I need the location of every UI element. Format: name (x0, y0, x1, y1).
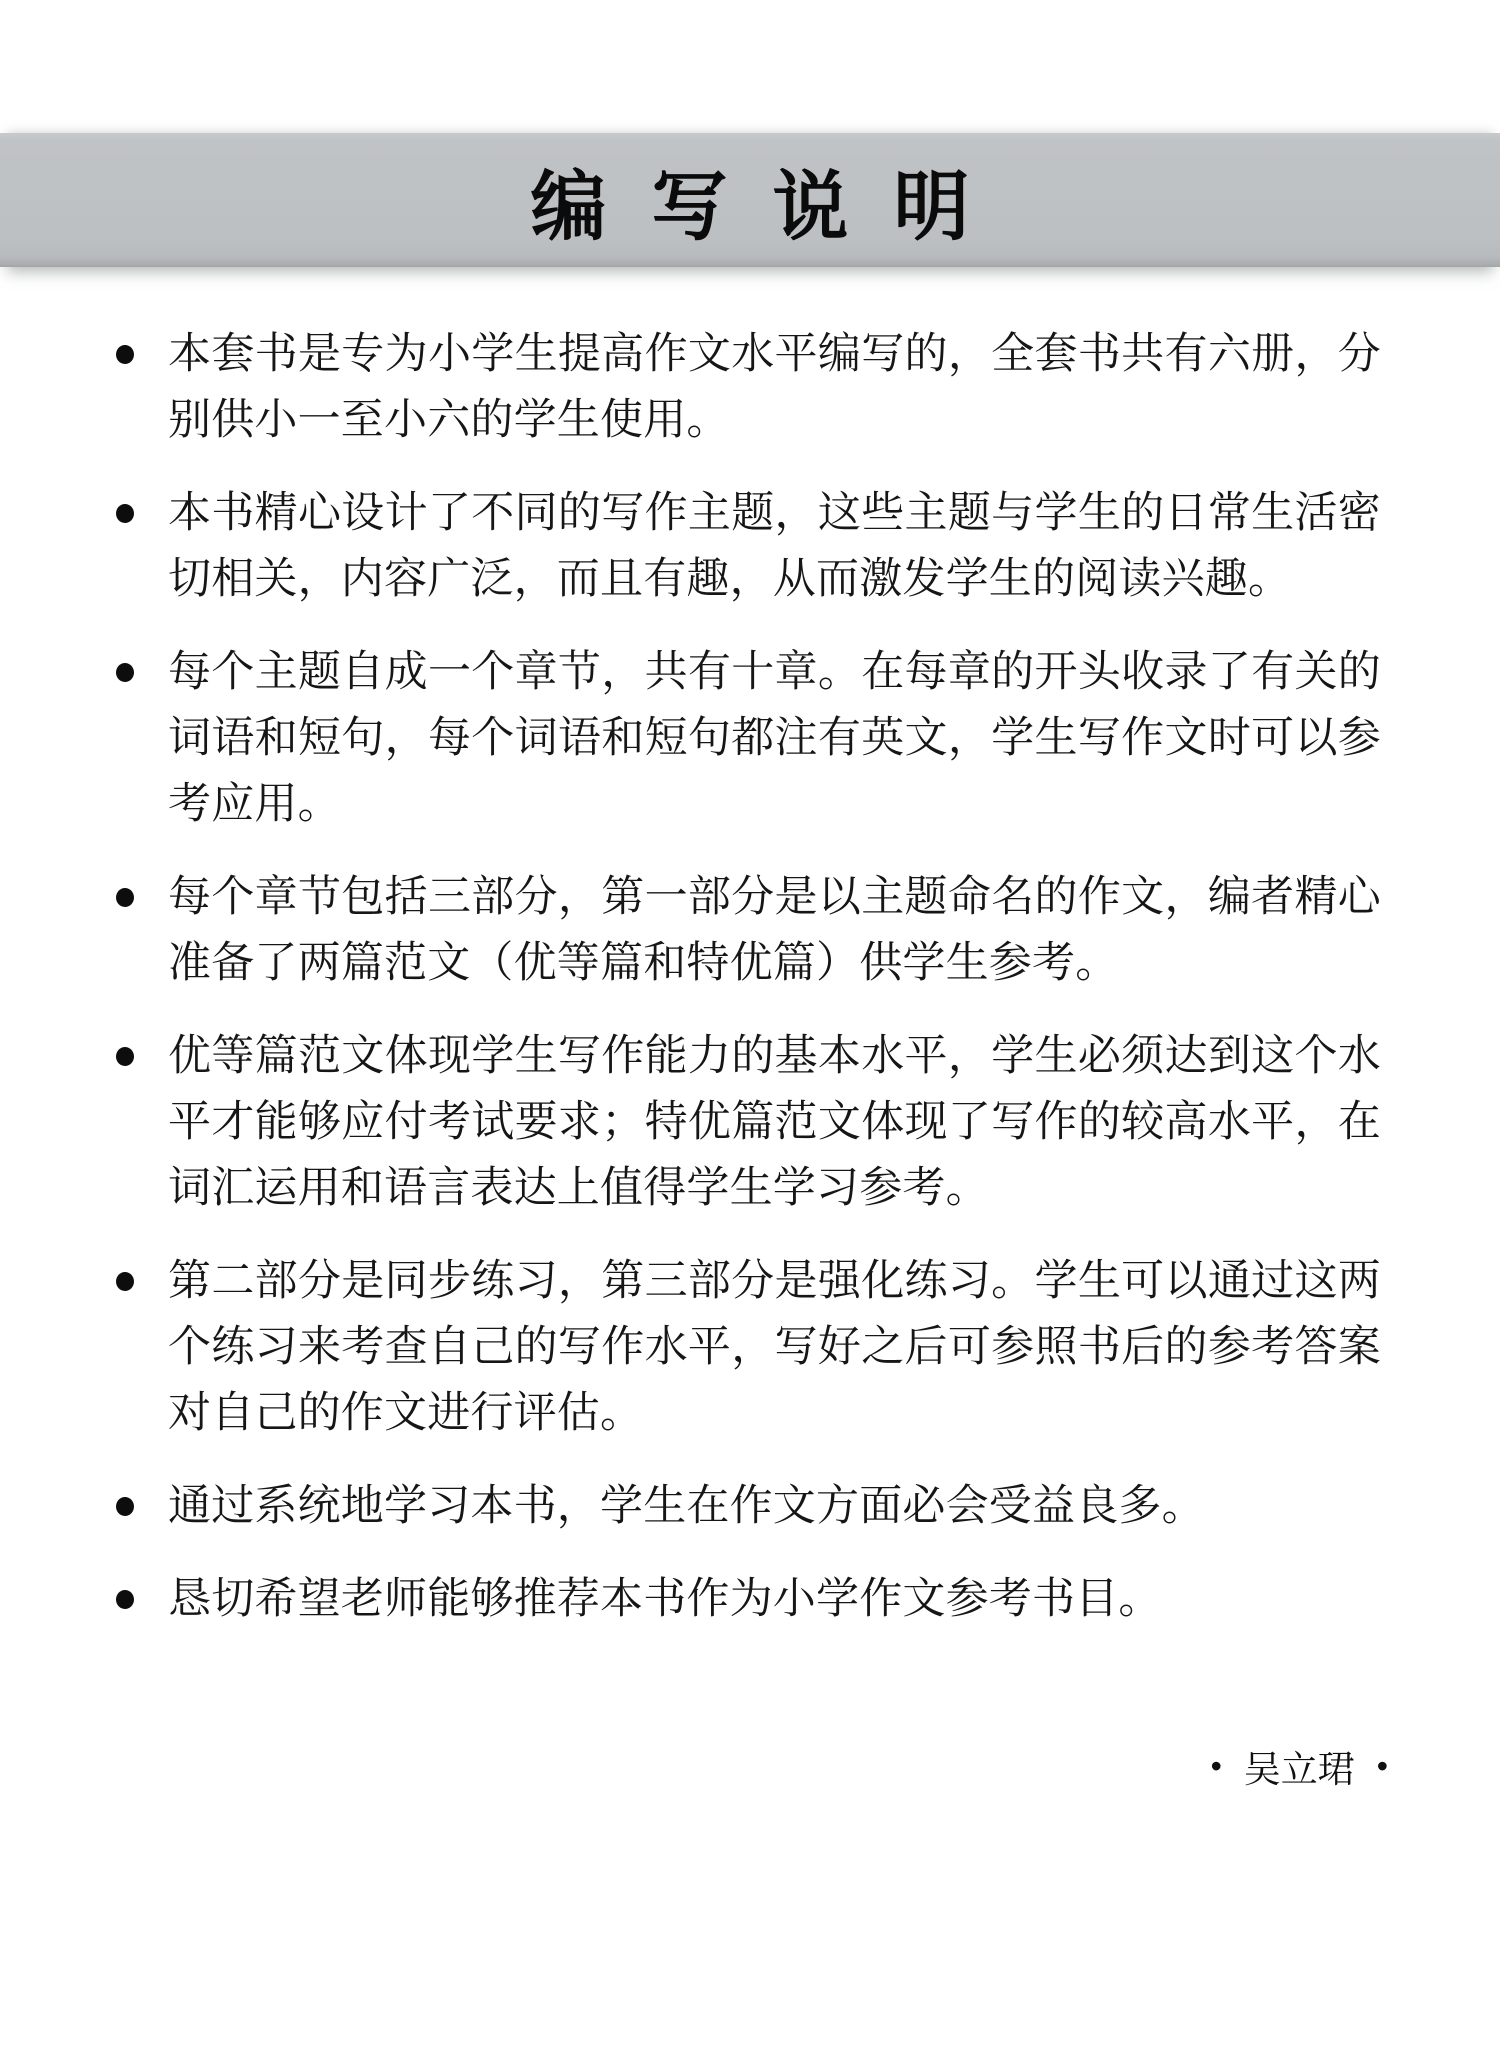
bullet-text: 第二部分是同步练习，第三部分是强化练习。学生可以通过这两个练习来考查自己的写作水… (168, 1258, 1381, 1437)
bullet-text: 每个章节包括三部分，第一部分是以主题命名的作文，编者精心准备了两篇范文（优等篇和… (168, 874, 1381, 987)
bullet-dot (116, 1272, 134, 1291)
bullet-dot (116, 663, 134, 682)
bullet-dot (116, 1497, 134, 1516)
bullet-item: 每个主题自成一个章节，共有十章。在每章的开头收录了有关的词语和短句，每个词语和短… (168, 640, 1381, 838)
author-name: 吴立珺 (1244, 1739, 1355, 1793)
bullet-item: 优等篇范文体现学生写作能力的基本水平，学生必须达到这个水平才能够应付考试要求；特… (168, 1024, 1381, 1222)
bullet-item: 恳切希望老师能够推荐本书作为小学作文参考书目。 (168, 1567, 1381, 1633)
bullet-dot (116, 1047, 134, 1066)
bullet-text: 通过系统地学习本书，学生在作文方面必会受益良多。 (168, 1483, 1205, 1530)
bullet-item: 第二部分是同步练习，第三部分是强化练习。学生可以通过这两个练习来考查自己的写作水… (168, 1249, 1381, 1447)
signature-left-dot: • (1211, 1750, 1222, 1782)
bullet-text: 本套书是专为小学生提高作文水平编写的，全套书共有六册，分别供小一至小六的学生使用… (168, 331, 1381, 444)
page-title: 编写说明 (486, 146, 1015, 255)
bullet-item: 本书精心设计了不同的写作主题，这些主题与学生的日常生活密切相关，内容广泛，而且有… (168, 481, 1381, 613)
bullet-dot (116, 345, 134, 364)
bullet-dot (116, 1590, 134, 1609)
bullet-dot (116, 504, 134, 523)
bullet-item: 本套书是专为小学生提高作文水平编写的，全套书共有六册，分别供小一至小六的学生使用… (168, 322, 1381, 454)
bullet-dot (116, 888, 134, 907)
signature-right-dot: • (1377, 1750, 1388, 1782)
bullet-text: 本书精心设计了不同的写作主题，这些主题与学生的日常生活密切相关，内容广泛，而且有… (168, 490, 1381, 603)
author-signature: • 吴立珺 • (1211, 1739, 1388, 1793)
title-banner: 编写说明 (0, 133, 1500, 267)
bullet-item: 通过系统地学习本书，学生在作文方面必会受益良多。 (168, 1474, 1381, 1540)
bullet-text: 每个主题自成一个章节，共有十章。在每章的开头收录了有关的词语和短句，每个词语和短… (168, 649, 1381, 828)
bullet-text: 优等篇范文体现学生写作能力的基本水平，学生必须达到这个水平才能够应付考试要求；特… (168, 1033, 1381, 1212)
bullet-list: 本套书是专为小学生提高作文水平编写的，全套书共有六册，分别供小一至小六的学生使用… (168, 322, 1381, 1660)
bullet-text: 恳切希望老师能够推荐本书作为小学作文参考书目。 (168, 1576, 1162, 1623)
bullet-item: 每个章节包括三部分，第一部分是以主题命名的作文，编者精心准备了两篇范文（优等篇和… (168, 865, 1381, 997)
document-page: 编写说明 本套书是专为小学生提高作文水平编写的，全套书共有六册，分别供小一至小六… (0, 0, 1500, 2050)
